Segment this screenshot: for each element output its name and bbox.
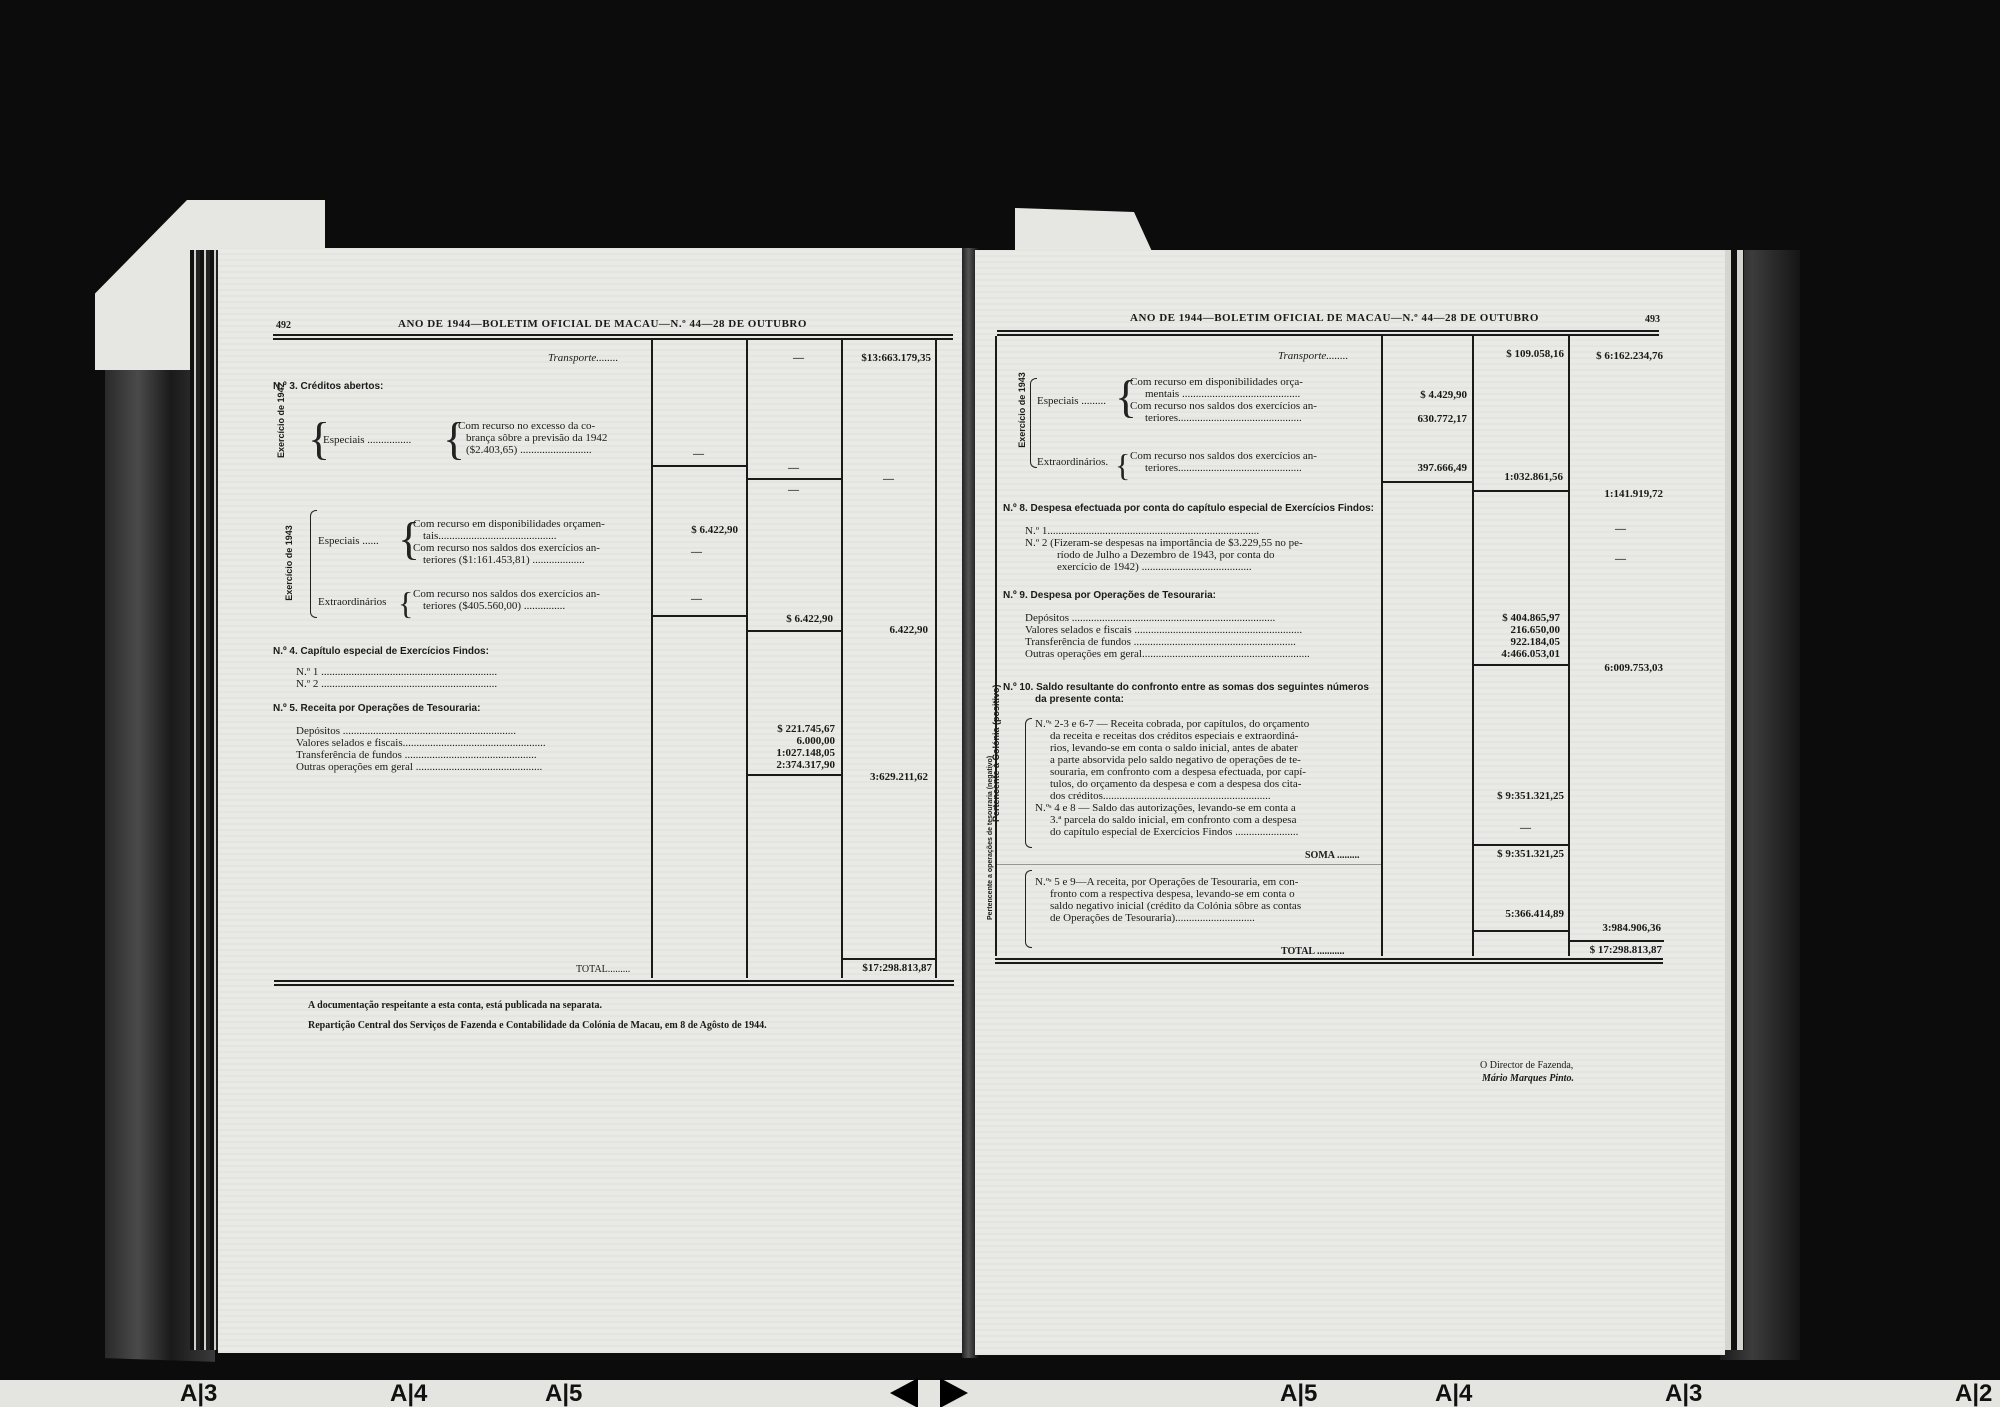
extraordinarios-1943: Extraordinários — [318, 596, 386, 608]
extraordinarios-1943: Extraordinários. — [1037, 456, 1108, 468]
ex1943-esp-val2: 630.772,17 — [1387, 413, 1467, 425]
ruler-mark: A|2 — [1955, 1380, 1992, 1407]
page-header: ANO DE 1944—BOLETIM OFICIAL DE MACAU—N.º… — [398, 318, 807, 330]
footer-rule — [995, 958, 1663, 960]
transporte-label: Transporte........ — [548, 352, 618, 364]
subtotal-rule — [1473, 664, 1568, 666]
section-8-item-2-line1: N.º 2 (Fizeram-se despesas na importânci… — [1025, 537, 1303, 549]
ex1943-esp-val1: $ 4.429,90 — [1387, 389, 1467, 401]
signature-name: Mário Marques Pinto. — [1482, 1073, 1574, 1085]
p1-line5: souraria, em confronto com a despesa efe… — [1050, 766, 1306, 778]
p3-line1: N.ºˢ 5 e 9—A receita, por Operações de T… — [1035, 876, 1298, 888]
ruler-mark: A|3 — [1665, 1380, 1702, 1407]
ex1943-esp-text-3: Com recurso nos saldos dos exercícios an… — [1130, 400, 1317, 412]
total-label: TOTAL ........... — [1281, 946, 1345, 958]
p1-line2: da receita e receitas dos créditos espec… — [1050, 730, 1299, 742]
column-divider — [1472, 336, 1474, 956]
column-divider — [995, 336, 997, 956]
transporte-col2: — — [793, 352, 804, 364]
section-8-val2: — — [1615, 553, 1626, 565]
especiais-1943: Especiais ...... — [318, 535, 379, 547]
subtotal-rule — [1473, 930, 1568, 932]
section-5-value-2: 6.000,00 — [753, 735, 835, 747]
ruler-arrow-left-icon — [890, 1378, 918, 1407]
section-5-label-4: Outras operações em geral ..............… — [296, 761, 542, 773]
p2-value: — — [1520, 822, 1531, 834]
section-9-value-1: $ 404.865,97 — [1478, 612, 1560, 624]
section-5-label-1: Depósitos ..............................… — [296, 725, 516, 737]
header-rule — [273, 334, 953, 336]
transporte-col3: $13:663.179,35 — [846, 352, 931, 364]
ex1943-esp-text-2: tais....................................… — [423, 530, 557, 542]
section-9-label-2: Valores selados e fiscais ..............… — [1025, 624, 1302, 636]
section-8-item-1: N.º 1...................................… — [1025, 525, 1259, 537]
ruler-mark: A|4 — [1435, 1380, 1472, 1407]
ruler-arrow-right-icon — [940, 1378, 968, 1407]
column-divider — [1568, 336, 1570, 956]
exercicio-1943-label: Exercício de 1943 — [284, 508, 294, 618]
subtotal-rule — [1382, 481, 1472, 483]
section-9-title: N.º 9. Despesa por Operações de Tesourar… — [1003, 590, 1216, 602]
ex1943-esp-text-4: teriores ($1:161.453,81) ...............… — [423, 554, 585, 566]
ex1943-esp-text-1: Com recurso em disponibilidades orça- — [1130, 376, 1303, 388]
ex1943-esp-text-2: mentais ................................… — [1145, 388, 1300, 400]
column-divider — [841, 340, 843, 978]
p2-line1: N.ºˢ 4 e 8 — Saldo das autorizações, lev… — [1035, 802, 1296, 814]
page-number: 493 — [1645, 314, 1660, 325]
section-3-title: N.º 3. Créditos abertos: — [273, 381, 383, 393]
ex1943-extra-text-2: teriores ($405.560,00) ............... — [423, 600, 565, 612]
ex1943-subtotal-col3: 1:141.919,72 — [1573, 488, 1663, 500]
soma-value: $ 9:351.321,25 — [1478, 848, 1564, 860]
section-5-label-2: Valores selados e fiscais...............… — [296, 737, 546, 749]
subtotal-col3: 6.422,90 — [848, 624, 928, 636]
p3-line2: fronto com a respectiva despesa, levando… — [1050, 888, 1295, 900]
brace — [1030, 378, 1037, 468]
footnote-documentation: A documentação respeitante a esta conta,… — [308, 1000, 602, 1012]
section-4-item-1: N.º 1 ..................................… — [296, 666, 497, 678]
section-9-label-1: Depósitos ..............................… — [1025, 612, 1275, 624]
subtotal-rule — [747, 478, 841, 480]
section-4-item-2: N.º 2 ..................................… — [296, 678, 497, 690]
column-divider — [935, 340, 937, 978]
section-8-item-2-line3: exercício de 1942) .....................… — [1057, 561, 1252, 573]
especiais-1942: Especiais ................ — [323, 434, 411, 446]
p1-line4: a parte absorvida pelo saldo negativo de… — [1050, 754, 1301, 766]
ex1943-esp-text-3: Com recurso nos saldos dos exercícios an… — [413, 542, 600, 554]
especiais-1943: Especiais ......... — [1037, 395, 1106, 407]
ex1943-subtotal-col2: 1:032.861,56 — [1477, 471, 1563, 483]
p1-line6: tulos, do orçamento da despesa e com a d… — [1050, 778, 1301, 790]
soma-label: SOMA ......... — [1305, 850, 1359, 862]
ex1943-esp-text-1: Com recurso em disponibilidades orçamen- — [413, 518, 605, 530]
footnote-repartition: Repartição Central dos Serviços de Fazen… — [308, 1020, 767, 1032]
section-5-value-4: 2:374.317,90 — [753, 759, 835, 771]
column-divider — [651, 340, 653, 978]
p2-line3: do capítulo especial de Exercícios Findo… — [1050, 826, 1298, 838]
ex1943-esp-val1: $ 6.422,90 — [658, 524, 738, 536]
section-8-val1: — — [1615, 523, 1626, 535]
section-10-title-2: da presente conta: — [1035, 694, 1124, 706]
total-label: TOTAL......... — [576, 964, 630, 976]
total-value: $17:298.813,87 — [844, 962, 932, 974]
brace — [310, 510, 317, 618]
page-stack-right — [1722, 250, 1744, 1350]
total-rule — [842, 958, 935, 960]
ruler-mark: A|5 — [545, 1380, 582, 1407]
negative-label: Pertencente a operações de tesouraria (n… — [987, 860, 994, 920]
subtotal-rule — [1473, 490, 1568, 492]
section-8-item-2-line2: ríodo de Julho a Dezembro de 1943, por c… — [1057, 549, 1275, 561]
divider — [995, 864, 1381, 865]
subtotal-rule — [652, 465, 746, 467]
section-9-label-3: Transferência de fundos ................… — [1025, 636, 1296, 648]
section-9-value-4: 4:466.053,01 — [1478, 648, 1560, 660]
ex1943-extra-text-1: Com recurso nos saldos dos exercícios an… — [413, 588, 600, 600]
ex1942-text-3: ($2.403,65) .......................... — [466, 444, 592, 456]
transporte-label: Transporte........ — [1278, 350, 1348, 362]
section-4-title: N.º 4. Capítulo especial de Exercícios F… — [273, 646, 489, 658]
ruler-mark: A|3 — [180, 1380, 217, 1407]
exercicio-1943-label: Exercício de 1943 — [1017, 360, 1027, 460]
column-divider — [1381, 336, 1383, 956]
footer-rule — [274, 980, 954, 982]
ruler-mark: A|4 — [390, 1380, 427, 1407]
ex1942-col2b: — — [788, 484, 799, 496]
subtotal-rule — [1473, 844, 1568, 846]
section-8-title: N.º 8. Despesa efectuada por conta do ca… — [1003, 503, 1374, 515]
p1-line1: N.ºˢ 2-3 e 6-7 — Receita cobrada, por ca… — [1035, 718, 1309, 730]
ex1943-esp-val2: — — [691, 546, 702, 558]
brace — [1025, 718, 1032, 848]
p1-line3: rios, levando-se em conta o saldo inicia… — [1050, 742, 1298, 754]
p3-line3: saldo negativo inicial (crédito da Colón… — [1050, 900, 1301, 912]
section-9-value-2: 216.650,00 — [1478, 624, 1560, 636]
brace: { — [398, 580, 413, 626]
section-5-value-1: $ 221.745,67 — [753, 723, 835, 735]
total-value: $ 17:298.813,87 — [1569, 944, 1662, 956]
section-10-title-1: N.º 10. Saldo resultante do confronto en… — [1003, 682, 1369, 694]
column-divider — [746, 340, 748, 978]
left-page: 492 ANO DE 1944—BOLETIM OFICIAL DE MACAU… — [218, 248, 970, 1353]
p3-line4: de Operações de Tesouraria).............… — [1050, 912, 1255, 924]
ex1943-extra-val: — — [691, 593, 702, 605]
brace: { — [1115, 442, 1130, 488]
ex1942-col1: — — [693, 448, 704, 460]
subtotal-col2: $ 6.422,90 — [753, 613, 833, 625]
ex1943-esp-text-4: teriores................................… — [1145, 412, 1302, 424]
section-9-value-3: 922.184,05 — [1478, 636, 1560, 648]
signature-title: O Director de Fazenda, — [1480, 1060, 1573, 1072]
ruler-mark: A|5 — [1280, 1380, 1317, 1407]
p1-value: $ 9:351.321,25 — [1478, 790, 1564, 802]
page-number: 492 — [276, 320, 291, 331]
page-header: ANO DE 1944—BOLETIM OFICIAL DE MACAU—N.º… — [1130, 312, 1539, 324]
page-stack-left — [190, 250, 218, 1350]
section-5-title: N.º 5. Receita por Operações de Tesourar… — [273, 703, 480, 715]
p3-value: 5:366.414,89 — [1478, 908, 1564, 920]
ex1942-text-2: brança sôbre a previsão da 1942 — [466, 432, 607, 444]
p1-line7: dos créditos............................… — [1050, 790, 1271, 802]
ex1943-extra-text-2: teriores................................… — [1145, 462, 1302, 474]
ex1942-text-1: Com recurso no excesso da co- — [458, 420, 595, 432]
transporte-col2: $ 109.058,16 — [1478, 348, 1564, 360]
exercicio-1942-label: Exercício de 1942 — [276, 398, 286, 458]
ex1943-extra-val: 397.666,49 — [1387, 462, 1467, 474]
section-9-label-4: Outras operações em geral...............… — [1025, 648, 1310, 660]
total-rule — [1569, 940, 1664, 942]
subtotal-rule — [747, 630, 841, 632]
ex1942-col3: — — [883, 473, 894, 485]
section-5-label-3: Transferência de fundos ................… — [296, 749, 537, 761]
ex1943-extra-text-1: Com recurso nos saldos dos exercícios an… — [1130, 450, 1317, 462]
transporte-col3: $ 6:162.234,76 — [1573, 350, 1663, 362]
section-5-total: 3:629.211,62 — [846, 771, 928, 783]
brace — [1025, 870, 1032, 948]
ex1942-col2a: — — [788, 462, 799, 474]
subtotal-rule — [652, 615, 746, 617]
header-rule — [997, 330, 1659, 332]
section-9-total: 6:009.753,03 — [1573, 662, 1663, 674]
net-col3: 3:984.906,36 — [1573, 922, 1661, 934]
p2-line2: 3.ª parcela do saldo inicial, em confron… — [1050, 814, 1296, 826]
right-page: ANO DE 1944—BOLETIM OFICIAL DE MACAU—N.º… — [975, 250, 1725, 1355]
subtotal-rule — [747, 774, 841, 776]
section-5-value-3: 1:027.148,05 — [753, 747, 835, 759]
